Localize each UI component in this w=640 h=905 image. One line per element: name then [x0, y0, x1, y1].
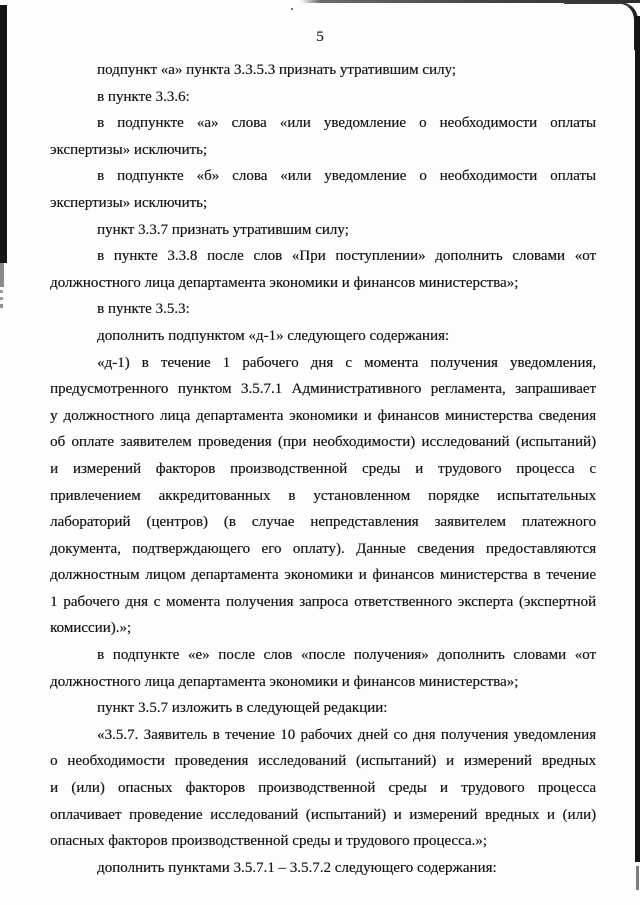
text-line: должностного лица департамента экономики… — [50, 270, 596, 297]
text-line: пункт 3.5.7 изложить в следующей редакци… — [50, 695, 596, 722]
scan-right-edge-tail-artifact — [636, 866, 639, 890]
text-line: «д-1) в течение 1 рабочего дня с момента… — [50, 350, 596, 377]
scan-left-dash-artifact — [0, 290, 3, 293]
text-line: документа, подтверждающего его оплату). … — [50, 536, 596, 563]
text-line: «3.5.7. Заявитель в течение 10 рабочих д… — [50, 722, 596, 749]
text-line: об оплате заявителем проведения (при нео… — [50, 429, 596, 456]
text-line: и (или) опасных факторов производственно… — [50, 775, 596, 802]
scan-left-dash-artifact — [0, 304, 3, 308]
text-line: предусмотренного пунктом 3.5.7.1 Админис… — [50, 376, 596, 403]
text-line: лабораторий (центров) (в случае непредст… — [50, 509, 596, 536]
text-line: дополнить подпунктом «д-1» следующего со… — [50, 323, 596, 350]
scan-left-edge-fade-artifact — [0, 263, 4, 287]
page-number: 5 — [0, 29, 640, 46]
text-line: должностным лицом департамента экономики… — [50, 562, 596, 589]
text-line: оплачивает проведение исследований (испы… — [50, 802, 596, 829]
text-line: экспертизы» исключить; — [50, 190, 596, 217]
scan-left-dash-artifact — [0, 297, 3, 300]
document-body: подпункт «а» пункта 3.3.5.3 признать утр… — [50, 57, 596, 881]
text-line: и измерений факторов производственной ср… — [50, 456, 596, 483]
text-line: в подпункте «е» после слов «после получе… — [50, 642, 596, 669]
scan-top-edge-artifact — [300, 0, 640, 3]
text-line: привлечением аккредитованных в установле… — [50, 483, 596, 510]
text-line: комиссии).»; — [50, 615, 596, 642]
text-line: в подпункте «а» слова «или уведомление о… — [50, 110, 596, 137]
text-line: в пункте 3.3.8 после слов «При поступлен… — [50, 243, 596, 270]
text-line: должностного лица департамента экономики… — [50, 669, 596, 696]
text-line: в пункте 3.5.3: — [50, 296, 596, 323]
text-line: пункт 3.3.7 признать утратившим силу; — [50, 217, 596, 244]
scan-speck-artifact — [291, 8, 293, 10]
text-line: опасных факторов производственной среды … — [50, 828, 596, 855]
text-line: подпункт «а» пункта 3.3.5.3 признать утр… — [50, 57, 596, 84]
text-line: дополнить пунктами 3.5.7.1 – 3.5.7.2 сле… — [50, 855, 596, 882]
text-line: о необходимости проведения исследований … — [50, 748, 596, 775]
text-line: у должностного лица департамента экономи… — [50, 403, 596, 430]
text-line: 1 рабочего дня с момента получения запро… — [50, 589, 596, 616]
text-line: экспертизы» исключить; — [50, 137, 596, 164]
scanned-page: { "colors":{ "ink":"#131313", "paper":"#… — [0, 0, 640, 905]
text-line: в пункте 3.3.6: — [50, 84, 596, 111]
scan-right-edge-artifact — [635, 16, 640, 862]
text-line: в подпункте «б» слова «или уведомление о… — [50, 163, 596, 190]
